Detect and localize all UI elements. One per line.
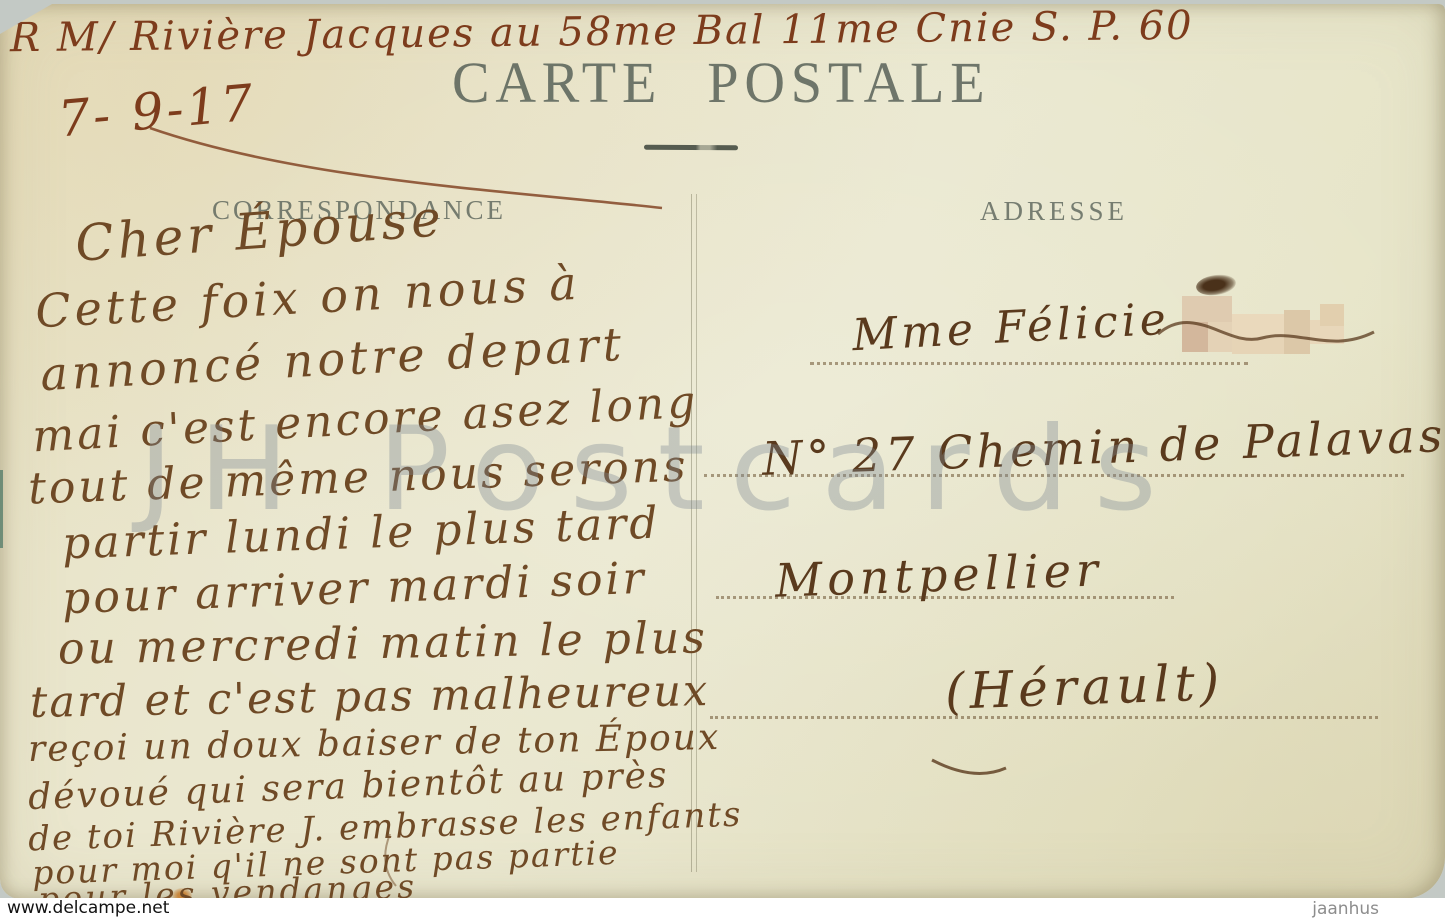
letter-line: pour arriver mardi soir: [61, 557, 647, 621]
address-dotted-line-1: [810, 362, 1248, 365]
date-annotation: 7- 9-17: [56, 77, 258, 144]
title-underline-smudge: [644, 145, 738, 151]
postcard-scan: CARTE POSTALE CORRESPONDANCE ADRESSE R M…: [0, 0, 1445, 919]
censored-surname: [1180, 292, 1348, 358]
postcard-back: CARTE POSTALE CORRESPONDANCE ADRESSE R M…: [0, 4, 1445, 899]
seller-watermark: jaanhus: [1312, 899, 1379, 919]
card-title: CARTE POSTALE: [452, 54, 990, 112]
jh-postcards-watermark: JH Postcards: [138, 402, 1182, 537]
scan-footer-bar: [0, 898, 1445, 919]
scan-edge-artifact: [0, 470, 3, 548]
letter-line: ou mercredi matin le plus: [58, 616, 709, 671]
letter-line: Cher Épouse: [74, 193, 446, 269]
address-department: (Hérault): [944, 657, 1225, 717]
delcampe-watermark: www.delcampe.net: [7, 898, 169, 919]
letter-line: tard et c'est pas malheureux: [30, 670, 710, 725]
address-city: Montpellier: [774, 546, 1103, 603]
address-header: ADRESSE: [980, 198, 1128, 225]
department-flourish: [932, 760, 1006, 773]
address-recipient: Mme Félicie: [851, 298, 1171, 359]
sender-annotation: R M/ Rivière Jacques au 58me Bal 11me Cn…: [10, 6, 1194, 58]
